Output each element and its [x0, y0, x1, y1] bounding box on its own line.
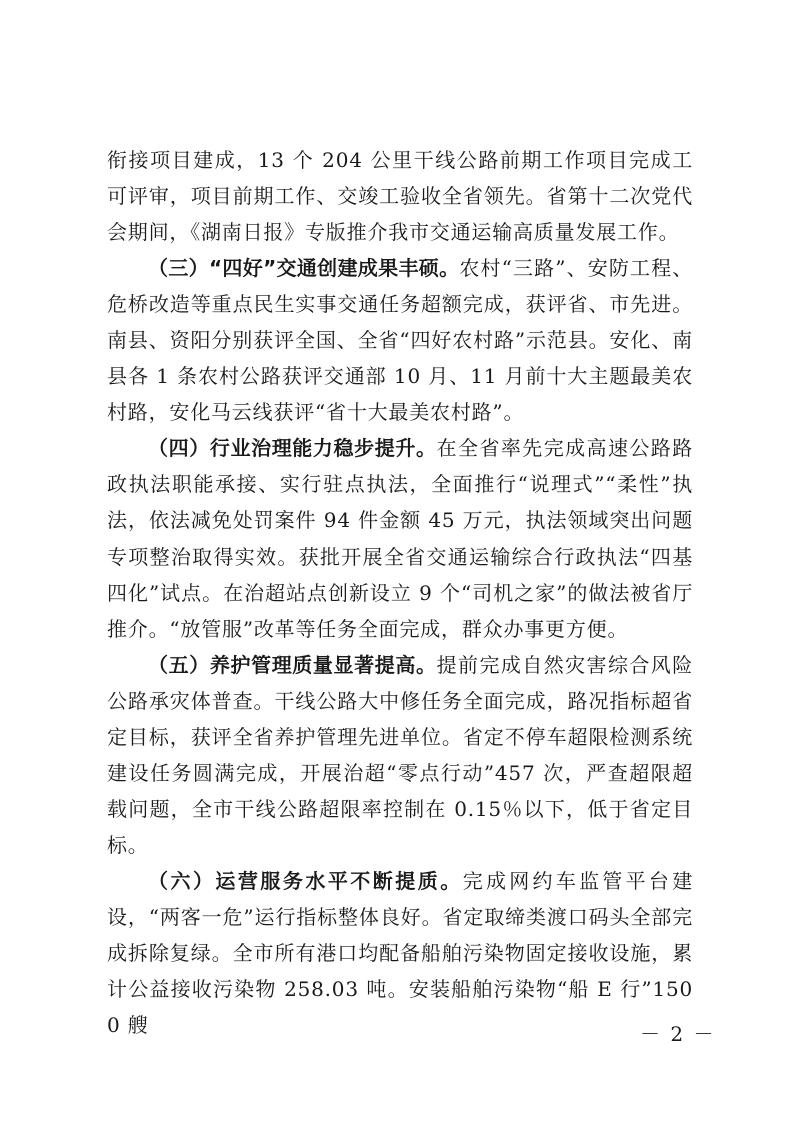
section-heading: （五）养护管理质量显著提高。 — [148, 653, 437, 677]
paragraph-text: 完成网约车监管平台建设，“两客一危”运行指标整体良好。省定取缔类渡口码头全部完成… — [107, 869, 693, 1037]
document-page: 衔接项目建成，13 个 204 公里干线公路前期工作项目完成工可评审，项目前期工… — [107, 142, 693, 1043]
page-number: － 2 － — [640, 1018, 715, 1047]
section-heading: （六）运营服务水平不断提质。 — [148, 869, 463, 893]
paragraph-text: 衔接项目建成，13 个 204 公里干线公路前期工作项目完成工可评审，项目前期工… — [107, 148, 693, 244]
paragraph-text: 农村“三路”、安防工程、危桥改造等重点民生实事交通任务超额完成，获评省、市先进。… — [107, 256, 693, 424]
paragraph-section-3: （三）“四好”交通创建成果丰硕。农村“三路”、安防工程、危桥改造等重点民生实事交… — [107, 250, 693, 430]
section-heading: （三）“四好”交通创建成果丰硕。 — [148, 256, 459, 280]
paragraph-text: 提前完成自然灾害综合风险公路承灾体普查。干线公路大中修任务全面完成，路况指标超省… — [107, 653, 693, 857]
paragraph-text: 在全省率先完成高速公路路政执法职能承接、实行驻点执法，全面推行“说理式”“柔性”… — [107, 436, 693, 640]
section-heading: （四）行业治理能力稳步提升。 — [148, 436, 437, 460]
paragraph-continuation: 衔接项目建成，13 个 204 公里干线公路前期工作项目完成工可评审，项目前期工… — [107, 142, 693, 250]
paragraph-section-6: （六）运营服务水平不断提质。完成网约车监管平台建设，“两客一危”运行指标整体良好… — [107, 863, 693, 1043]
paragraph-section-4: （四）行业治理能力稳步提升。在全省率先完成高速公路路政执法职能承接、实行驻点执法… — [107, 430, 693, 646]
paragraph-section-5: （五）养护管理质量显著提高。提前完成自然灾害综合风险公路承灾体普查。干线公路大中… — [107, 647, 693, 863]
